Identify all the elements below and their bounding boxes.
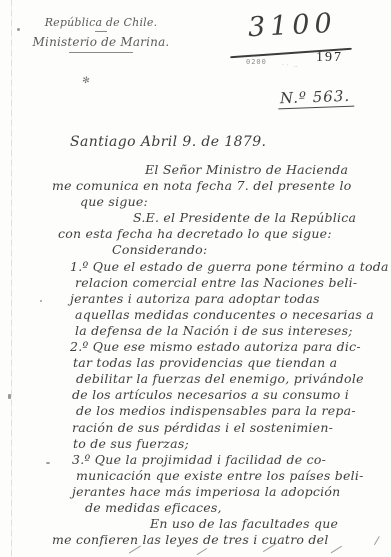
manuscript-line: 3.º Que la projimidad i facilidad de co- — [72, 452, 386, 468]
manuscript-line: de los artículos necesarios a su consumo… — [72, 387, 386, 403]
faint-marks: ·‧ ‥ — [282, 62, 300, 69]
page-number-stamp: 197 — [316, 50, 343, 66]
ink-speck — [40, 300, 42, 302]
manuscript-line: relacion comercial entre las Naciones be… — [75, 275, 386, 291]
manuscript-line: jerantes i autoriza para adoptar todas — [70, 291, 386, 307]
manuscript-body: El Señor Ministro de Hacienda me comunic… — [52, 162, 386, 548]
manuscript-line: que sigue: — [80, 194, 386, 210]
ink-speck — [17, 28, 20, 31]
manuscript-line: Considerando: — [112, 242, 386, 258]
manuscript-page: República de Chile. Ministerio de Marina… — [0, 0, 391, 557]
handwritten-folio-number: 3100 — [247, 8, 337, 44]
manuscript-line: con esta fecha ha decretado lo que sigue… — [58, 226, 386, 242]
manuscript-line: jerantes hace más imperiosa la adopción — [72, 484, 386, 500]
letterhead-rule — [95, 31, 107, 32]
ink-speck — [46, 462, 50, 464]
manuscript-line: aquellas medidas conducentes o necesaria… — [75, 307, 386, 323]
binding-fold-line — [11, 0, 12, 557]
manuscript-line: me comunica en nota fecha 7. del present… — [52, 178, 386, 194]
dateline: Santiago Abril 9. de 1879. — [70, 134, 266, 150]
manuscript-line: En uso de las facultades que — [150, 516, 386, 532]
manuscript-line: to de sus fuerzas; — [73, 436, 386, 452]
manuscript-line: de medidas eficaces, — [85, 500, 386, 516]
letterhead: República de Chile. Ministerio de Marina… — [26, 16, 176, 53]
manuscript-line: S.E. el Presidente de la República — [133, 210, 386, 226]
document-number: N.º 563. — [278, 87, 355, 110]
stray-pen-mark: ✻ — [81, 75, 90, 86]
manuscript-line: 1.º Que el estado de guerra pone término… — [70, 259, 386, 275]
letterhead-rule — [69, 52, 133, 53]
manuscript-line: me confieren las leyes de tres i cuatro … — [52, 532, 386, 548]
letterhead-country: República de Chile. — [26, 16, 176, 29]
manuscript-line: ración de sus pérdidas i el sostenimien- — [72, 420, 386, 436]
manuscript-line: El Señor Ministro de Hacienda — [145, 162, 386, 178]
manuscript-line: tar todas las providencias que tiendan a — [73, 355, 386, 371]
manuscript-line: debilitar la fuerzas del enemigo, priván… — [76, 371, 386, 387]
ink-speck — [8, 394, 11, 399]
scanner-code-stamp: 0200 — [246, 58, 267, 66]
manuscript-line: la defensa de la Nación i de sus interes… — [75, 323, 386, 339]
letterhead-ministry: Ministerio de Marina. — [26, 35, 176, 49]
manuscript-line: 2.º Que ese mismo estado autoriza para d… — [70, 339, 386, 355]
manuscript-line: de los medios indispensables para la rep… — [76, 403, 386, 419]
cutoff-stroke — [197, 548, 208, 556]
manuscript-line: municación que existe entre los países b… — [76, 468, 386, 484]
